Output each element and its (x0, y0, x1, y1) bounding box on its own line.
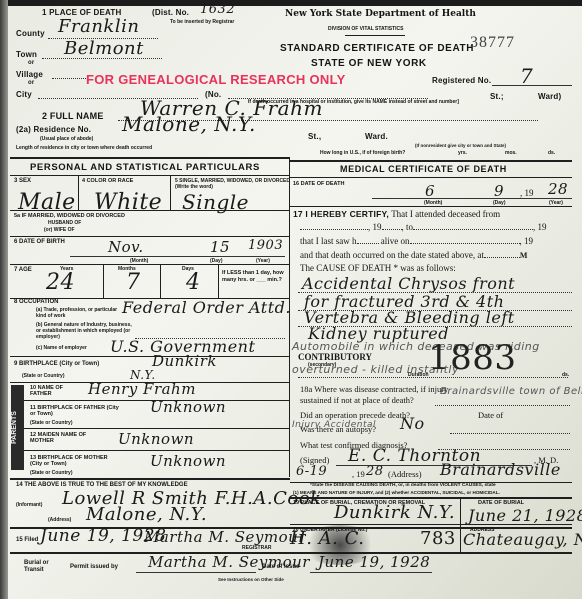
mother-name-label: 12 MAIDEN NAME OF MOTHER (30, 432, 90, 444)
alive-on-label: alive on (381, 236, 410, 246)
dob-year: 1903 (248, 238, 283, 253)
scan-edge-left (0, 0, 8, 599)
to-label: , to (402, 222, 414, 232)
issue-date-label: Date of Issue (262, 564, 299, 570)
death-certificate: 1 PLACE OF DEATH (Dist. No. 1632 To be i… (0, 0, 582, 599)
mos-label: mos. (505, 150, 517, 156)
year-19b: , 19 (533, 222, 547, 232)
parents-label: PARENTS (11, 385, 24, 470)
occurred-text: and that death occurred on the date stat… (300, 250, 484, 260)
date-of-label: Date of (478, 410, 503, 420)
q18a-label: 18a Where was disease contracted, if inj… (300, 384, 448, 394)
nonresident-note: (If nonresident give city or town and St… (415, 143, 506, 148)
filed-label: 15 Filed (16, 537, 38, 543)
certify-bold: 17 I HEREBY CERTIFY, (293, 209, 389, 219)
death-date-label: 16 DATE OF DEATH (293, 181, 344, 187)
registrar-label: REGISTRAR (242, 545, 271, 551)
license-no: 783 (420, 528, 456, 549)
dist-no-note: To be inserted by Registrar (170, 19, 234, 25)
wife-of-label: (or) WIFE OF (44, 227, 75, 233)
village-label: Village (16, 70, 43, 79)
department-title: New York State Department of Health (285, 9, 476, 19)
cause-label: The CAUSE OF DEATH * was as follows: (300, 263, 456, 273)
scan-edge-top (0, 0, 582, 6)
county-value: Franklin (58, 16, 139, 37)
medical-section-title: MEDICAL CERTIFICATE OF DEATH (340, 164, 507, 174)
certificate-number: 38777 (470, 34, 515, 52)
mother-birthplace-label: 13 BIRTHPLACE OF MOTHER (City or Town) (30, 455, 120, 467)
ds-label: ds. (548, 150, 555, 156)
father-birthplace-state-label: (State or Country) (30, 420, 73, 426)
mother-birthplace-state-label: (State or Country) (30, 470, 73, 476)
birthplace-value: Dunkirk (152, 352, 217, 370)
footnote-2: (1) MEANS AND NATURE OF INJURY, and (2) … (293, 490, 500, 495)
signed-address-label: (Address) (388, 469, 422, 479)
sex-label: 3 SEX (14, 178, 31, 184)
certificate-title: STANDARD CERTIFICATE OF DEATH (280, 43, 474, 54)
marital-label: 5 SINGLE, MARRIED, WIDOWED, OR DIVORCED … (175, 178, 290, 190)
registered-no-label: Registered No. (432, 76, 491, 85)
division-title: DIVISION OF VITAL STATISTICS (328, 26, 403, 32)
transit-label: Transit (24, 567, 44, 573)
yrs-label: yrs. (458, 150, 467, 156)
burial-label: Burial or (24, 560, 49, 566)
last-saw-label: that I last saw h (300, 236, 357, 246)
q18b-label: sustained if not at place of death? (300, 395, 414, 405)
ward-label: Ward) (538, 92, 561, 101)
residence-value: Malone, N.Y. (122, 112, 256, 136)
burial-place-value: Dunkirk N.Y. (334, 502, 455, 523)
residence-sub: (Usual place of abode) (40, 136, 93, 142)
town-value: Belmont (64, 38, 144, 59)
husband-of-label: HUSBAND OF (48, 220, 81, 226)
signed-date: 6-19 (296, 464, 327, 479)
st-label: St.; (490, 92, 504, 101)
stamp-number: 1883 (428, 338, 517, 378)
dob-month: Nov. (108, 238, 144, 256)
age-label: 7 AGE (14, 267, 32, 273)
burial-date-value: June 21, 1928 (468, 506, 582, 525)
footnote-1: *State the DISEASE CAUSING DEATH, or, in… (310, 483, 496, 488)
informant-label: (Informant) (16, 502, 42, 508)
death-year: 28 (548, 180, 568, 198)
registrar-signature: Martha M. Seymour (144, 528, 306, 546)
full-name-label: 2 FULL NAME (42, 111, 104, 121)
occ-a-label: (a) Trade, profession, or particular kin… (36, 307, 118, 319)
death-year-prefix: , 19 (520, 188, 534, 198)
residence-ward-label: Ward. (365, 132, 388, 141)
occ-c-label: (c) Name of employer (36, 345, 87, 351)
city-label: City (16, 90, 32, 99)
year-19c: , 19 (520, 236, 534, 246)
dist-no-label: (Dist. No. (152, 8, 189, 17)
father-name-label: 10 NAME OF FATHER (30, 385, 80, 397)
instructions-note: See Instructions on Other Side (218, 577, 284, 582)
town-label: Town (16, 50, 37, 59)
color-label: 4 COLOR OR RACE (82, 178, 133, 184)
contributory-label: CONTRIBUTORY (298, 352, 372, 362)
genealogical-stamp: FOR GENEALOGICAL RESEARCH ONLY (86, 72, 346, 87)
informant-address-label: (Address) (48, 517, 71, 523)
signed-address-value: Brainardsville (440, 460, 561, 479)
father-birthplace-value: Unknown (150, 398, 226, 416)
spouse-label: 5a IF MARRIED, WIDOWED OR DIVORCED (14, 213, 125, 219)
dob-day: 15 (210, 238, 230, 256)
last-saw-line: that I last saw h alive on, 19 (300, 236, 533, 246)
duration-label: Duration (408, 372, 429, 378)
occurred-line: and that death occurred on the date stat… (300, 250, 528, 260)
mother-birthplace-value: Unknown (150, 452, 226, 470)
autopsy-label: Was there an autopsy? (300, 424, 376, 434)
dob-label: 6 DATE OF BIRTH (14, 239, 65, 245)
age-months-value: 7 (126, 270, 141, 295)
state-title: STATE OF NEW YORK (311, 58, 427, 69)
color-value: White (94, 190, 162, 215)
birthplace-label: 9 BIRTHPLACE (City or Town) (14, 361, 99, 367)
registered-no-value: 7 (520, 64, 533, 88)
occupation-label: 8 OCCUPATION (14, 299, 58, 305)
age-days-value: 4 (186, 270, 201, 295)
personal-section-title: PERSONAL AND STATISTICAL PARTICULARS (30, 162, 260, 173)
residence-label: (2a) Residence No. (16, 125, 91, 134)
dist-no-value: 1632 (200, 2, 235, 17)
year-19a: , 19 (368, 222, 382, 232)
autopsy-value: No (400, 414, 425, 433)
certify-statement: 17 I HEREBY CERTIFY, That I attended dec… (293, 209, 500, 219)
undertaker-value: H. A. C. (290, 528, 364, 549)
birthplace-state-label: (State or Country) (22, 373, 65, 379)
how-long-label: How long in U.S., if of foreign birth? (320, 150, 405, 156)
father-birthplace-label: 11 BIRTHPLACE OF FATHER (City or Town) (30, 405, 120, 417)
duration-ds: ds. (562, 372, 569, 378)
mother-name-value: Unknown (118, 430, 194, 448)
signed-year: 28 (366, 464, 384, 479)
length-residence-label: Length of residence in city or town wher… (16, 145, 152, 151)
residence-st-label: St., (308, 132, 321, 141)
sex-value: Male (18, 190, 76, 215)
or-label: or (28, 60, 34, 66)
less-than-day-label: If LESS than 1 day, how many hrs. or ___… (222, 270, 288, 284)
informant-address-value: Malone, N.Y. (86, 504, 207, 525)
cause-line-1: Accidental Chrysos front (302, 274, 515, 293)
injury-place: Brainardsville town of Bellmont (440, 386, 582, 397)
operation-label: Did an operation precede death? (300, 410, 410, 420)
or-label: or (28, 80, 34, 86)
certify-text: That I attended deceased from (391, 209, 500, 219)
occ-a-value: Federal Order Attd. (122, 298, 291, 317)
age-years-value: 24 (46, 270, 75, 295)
signed-year-prefix: , 19 (352, 469, 365, 479)
permit-issued-label: Permit issued by (70, 564, 118, 570)
m-label: M (520, 251, 528, 260)
undertaker-address-value: Chateaugay, N.Y. (463, 530, 582, 549)
certify-dates-line: , 19, to, 19 (300, 222, 547, 232)
father-name-value: Henry Frahm (88, 380, 196, 398)
county-label: County (16, 29, 45, 38)
